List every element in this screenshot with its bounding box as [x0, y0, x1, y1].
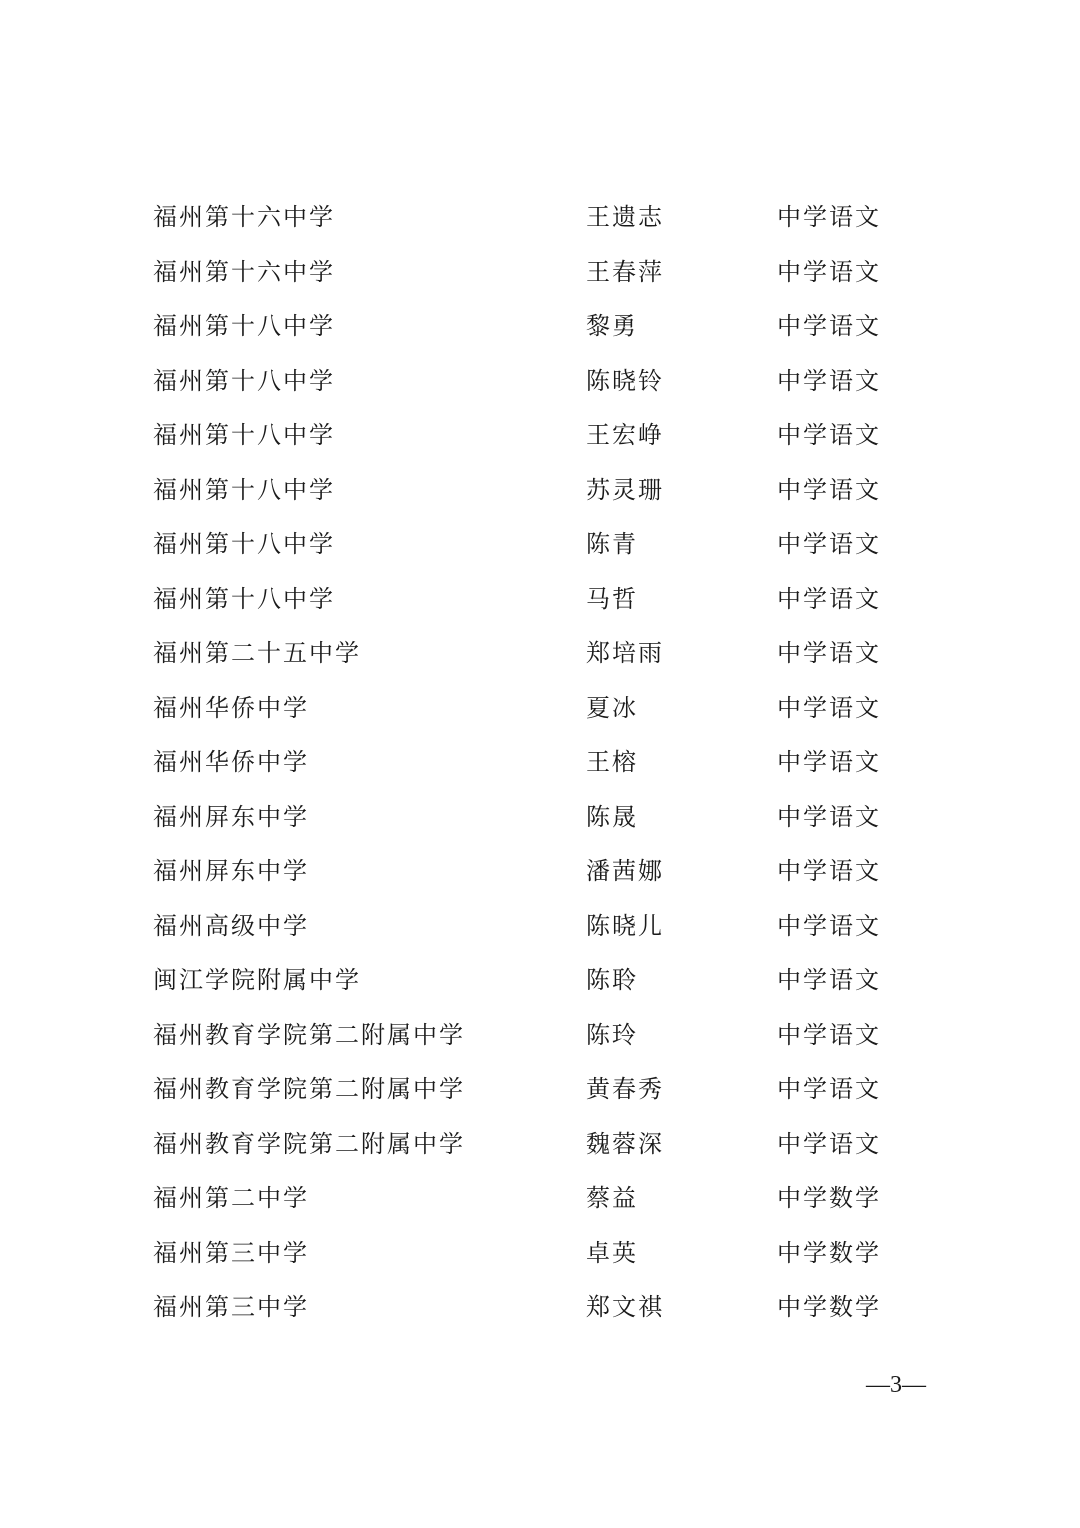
teacher-name: 卓英 [586, 1226, 638, 1281]
roster-row: 福州第二十五中学 郑培雨 中学语文 [153, 626, 913, 681]
teacher-name: 陈晓儿 [586, 899, 664, 954]
teacher-name: 潘茜娜 [586, 844, 664, 899]
school-name: 福州第十八中学 [153, 463, 335, 518]
teacher-name: 黎勇 [586, 299, 638, 354]
roster-row: 福州第十八中学 黎勇 中学语文 [153, 299, 913, 354]
roster-row: 福州教育学院第二附属中学 魏蓉深 中学语文 [153, 1117, 913, 1172]
subject: 中学语文 [777, 299, 881, 354]
school-name: 福州华侨中学 [153, 681, 309, 736]
school-name: 福州第十八中学 [153, 517, 335, 572]
subject: 中学语文 [777, 626, 881, 681]
subject: 中学数学 [777, 1226, 881, 1281]
subject: 中学语文 [777, 844, 881, 899]
subject: 中学数学 [777, 1171, 881, 1226]
teacher-name: 蔡益 [586, 1171, 638, 1226]
roster-row: 福州屏东中学 陈晟 中学语文 [153, 790, 913, 845]
roster-row: 福州第十八中学 苏灵珊 中学语文 [153, 463, 913, 518]
school-name: 福州第十八中学 [153, 299, 335, 354]
roster-row: 福州第十六中学 王遗志 中学语文 [153, 190, 913, 245]
roster-row: 福州屏东中学 潘茜娜 中学语文 [153, 844, 913, 899]
teacher-name: 王榕 [586, 735, 638, 790]
roster-row: 福州第十八中学 马哲 中学语文 [153, 572, 913, 627]
school-name: 福州第十六中学 [153, 245, 335, 300]
document-page: 福州第十六中学 王遗志 中学语文 福州第十六中学 王春萍 中学语文 福州第十八中… [0, 0, 1080, 1528]
roster-row: 福州华侨中学 王榕 中学语文 [153, 735, 913, 790]
subject: 中学语文 [777, 245, 881, 300]
roster-row: 福州华侨中学 夏冰 中学语文 [153, 681, 913, 736]
school-name: 福州第十六中学 [153, 190, 335, 245]
subject: 中学语文 [777, 572, 881, 627]
school-name: 福州第三中学 [153, 1226, 309, 1281]
subject: 中学语文 [777, 953, 881, 1008]
teacher-name: 郑文祺 [586, 1280, 664, 1335]
teacher-name: 苏灵珊 [586, 463, 664, 518]
roster-row: 福州第二中学 蔡益 中学数学 [153, 1171, 913, 1226]
teacher-name: 黄春秀 [586, 1062, 664, 1117]
subject: 中学数学 [777, 1280, 881, 1335]
teacher-name: 陈晓铃 [586, 354, 664, 409]
subject: 中学语文 [777, 1062, 881, 1117]
teacher-name: 王宏峥 [586, 408, 664, 463]
subject: 中学语文 [777, 1008, 881, 1063]
teacher-name: 郑培雨 [586, 626, 664, 681]
school-name: 福州教育学院第二附属中学 [153, 1008, 465, 1063]
school-name: 福州第十八中学 [153, 572, 335, 627]
school-name: 福州屏东中学 [153, 844, 309, 899]
subject: 中学语文 [777, 517, 881, 572]
teacher-name: 陈玲 [586, 1008, 638, 1063]
school-name: 福州第十八中学 [153, 408, 335, 463]
school-name: 福州第二十五中学 [153, 626, 361, 681]
teacher-roster: 福州第十六中学 王遗志 中学语文 福州第十六中学 王春萍 中学语文 福州第十八中… [153, 190, 913, 1335]
subject: 中学语文 [777, 735, 881, 790]
subject: 中学语文 [777, 681, 881, 736]
page-number: —3— [866, 1372, 926, 1399]
subject: 中学语文 [777, 190, 881, 245]
teacher-name: 陈青 [586, 517, 638, 572]
school-name: 福州第二中学 [153, 1171, 309, 1226]
school-name: 福州屏东中学 [153, 790, 309, 845]
school-name: 福州华侨中学 [153, 735, 309, 790]
teacher-name: 马哲 [586, 572, 638, 627]
subject: 中学语文 [777, 1117, 881, 1172]
roster-row: 福州高级中学 陈晓儿 中学语文 [153, 899, 913, 954]
school-name: 福州教育学院第二附属中学 [153, 1062, 465, 1117]
roster-row: 福州第三中学 郑文祺 中学数学 [153, 1280, 913, 1335]
roster-row: 福州第十八中学 王宏峥 中学语文 [153, 408, 913, 463]
teacher-name: 陈晟 [586, 790, 638, 845]
teacher-name: 陈聆 [586, 953, 638, 1008]
roster-row: 闽江学院附属中学 陈聆 中学语文 [153, 953, 913, 1008]
subject: 中学语文 [777, 899, 881, 954]
school-name: 福州教育学院第二附属中学 [153, 1117, 465, 1172]
teacher-name: 王遗志 [586, 190, 664, 245]
subject: 中学语文 [777, 408, 881, 463]
subject: 中学语文 [777, 354, 881, 409]
teacher-name: 魏蓉深 [586, 1117, 664, 1172]
school-name: 闽江学院附属中学 [153, 953, 361, 1008]
subject: 中学语文 [777, 790, 881, 845]
school-name: 福州第十八中学 [153, 354, 335, 409]
school-name: 福州第三中学 [153, 1280, 309, 1335]
roster-row: 福州教育学院第二附属中学 黄春秀 中学语文 [153, 1062, 913, 1117]
roster-row: 福州第十八中学 陈青 中学语文 [153, 517, 913, 572]
subject: 中学语文 [777, 463, 881, 518]
roster-row: 福州教育学院第二附属中学 陈玲 中学语文 [153, 1008, 913, 1063]
teacher-name: 夏冰 [586, 681, 638, 736]
roster-row: 福州第三中学 卓英 中学数学 [153, 1226, 913, 1281]
teacher-name: 王春萍 [586, 245, 664, 300]
school-name: 福州高级中学 [153, 899, 309, 954]
roster-row: 福州第十八中学 陈晓铃 中学语文 [153, 354, 913, 409]
roster-row: 福州第十六中学 王春萍 中学语文 [153, 245, 913, 300]
